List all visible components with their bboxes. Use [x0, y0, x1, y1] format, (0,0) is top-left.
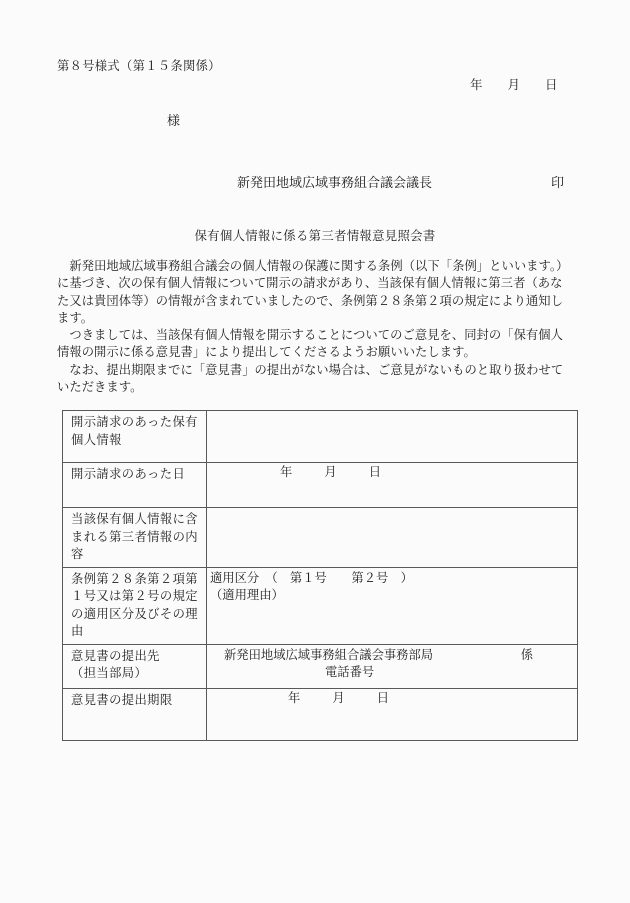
- date-blank-line: 年 月 日: [470, 75, 558, 93]
- body-text: 新発田地域広域事務組合議会の個人情報の保護に関する条例（以下「条例」といいます。…: [57, 258, 581, 396]
- row-value-applicable-category: 適用区分 （ 第１号 第２号 ） （適用理由）: [207, 567, 578, 644]
- table-row: 開示請求のあった日 年 月 日: [63, 463, 578, 508]
- table-row: 開示請求のあった保有 個人情報: [63, 411, 578, 463]
- table-row: 意見書の提出先 （担当部局） 新発田地域広域事務組合議会事務部局 係 電話番号: [63, 644, 578, 688]
- info-table: 開示請求のあった保有 個人情報 開示請求のあった日 年 月 日 当該保有個人情報…: [62, 410, 578, 741]
- row-value-third-party-info: [207, 508, 578, 568]
- row-value-request-date: 年 月 日: [207, 463, 578, 508]
- office-name: 新発田地域広域事務組合議会事務部局: [224, 647, 433, 665]
- form-number: 第８号様式（第１５条関係）: [57, 56, 221, 74]
- submission-office-line: 新発田地域広域事務組合議会事務部局 係: [208, 647, 576, 665]
- row-label-third-party-info: 当該保有個人情報に含 まれる第三者情報の内 容: [63, 508, 207, 568]
- row-value-disclosed-info: [207, 411, 578, 463]
- document-title: 保有個人情報に係る第三者情報意見照会書: [0, 226, 630, 244]
- seal-mark: 印: [551, 172, 564, 191]
- row-label-applicable-category: 条例第２８条第２項第 １号又は第２号の規定 の適用区分及びその理 由: [63, 567, 207, 644]
- row-label-request-date: 開示請求のあった日: [63, 463, 207, 508]
- row-label-submission-deadline: 意見書の提出期限: [63, 688, 207, 740]
- table-row: 当該保有個人情報に含 まれる第三者情報の内 容: [63, 508, 578, 568]
- phone-number-label: 電話番号: [208, 664, 576, 682]
- staff-suffix: 係: [521, 647, 533, 665]
- row-value-submission-office: 新発田地域広域事務組合議会事務部局 係 電話番号: [207, 644, 578, 688]
- row-value-submission-deadline: 年 月 日: [207, 688, 578, 740]
- document-page: 第８号様式（第１５条関係） 年 月 日 様 新発田地域広域事務組合議会議長 印 …: [0, 0, 630, 903]
- sender-title: 新発田地域広域事務組合議会議長: [237, 172, 432, 191]
- addressee-suffix: 様: [167, 110, 180, 129]
- table-row: 条例第２８条第２項第 １号又は第２号の規定 の適用区分及びその理 由 適用区分 …: [63, 567, 578, 644]
- row-label-disclosed-info: 開示請求のあった保有 個人情報: [63, 411, 207, 463]
- row-label-submission-office: 意見書の提出先 （担当部局）: [63, 644, 207, 688]
- table-row: 意見書の提出期限 年 月 日: [63, 688, 578, 740]
